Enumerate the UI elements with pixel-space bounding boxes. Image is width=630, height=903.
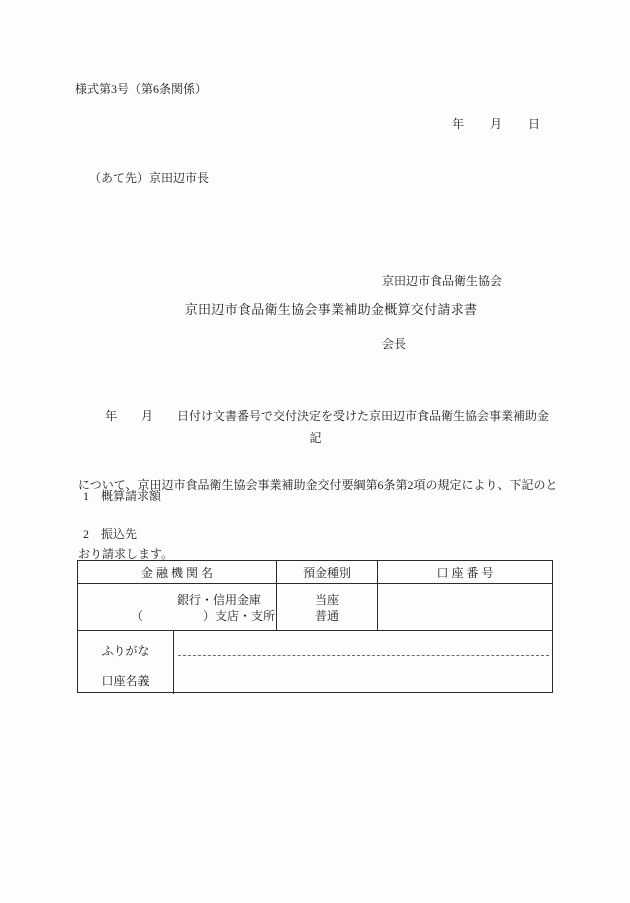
list-item-estimated-amount: 1 概算請求額 [83,489,161,503]
bank-account-table: 金 融 機 関 名 預金種別 口 座 番 号 銀行・信用金庫 （ ）支店・支所 … [77,560,553,693]
ki-marker: 記 [78,431,553,445]
list-item-transfer-destination: 2 振込先 [83,527,137,541]
table-header-row: 金 融 機 関 名 預金種別 口 座 番 号 [78,561,552,584]
body-line-1: 年 月 日付け文書番号で交付決定を受けた京田辺市食品衛生協会事業補助金 [78,405,558,428]
sender-organization: 京田辺市食品衛生協会 [382,271,502,292]
account-name-label-cell: ふりがな 口座名義 [78,631,174,694]
year-label: 年 [452,117,464,131]
header-account-number: 口 座 番 号 [378,561,552,583]
month-label: 月 [490,117,502,131]
furigana-dashed-divider [178,655,549,656]
sender-role: 会長 [382,334,502,355]
financial-institution-cell: 銀行・信用金庫 （ ）支店・支所 [78,584,277,630]
document-page: 様式第3号（第6条関係） 年 月 日 （あて先）京田辺市長 京田辺市食品衛生協会… [0,0,630,903]
bank-type-label: 銀行・信用金庫 [177,591,261,608]
deposit-option-current: 当座 [277,591,377,608]
document-title: 京田辺市食品衛生協会事業補助金概算交付請求書 [78,302,584,318]
branch-label: （ ）支店・支所 [131,607,275,624]
addressee: （あて先）京田辺市長 [89,171,209,185]
account-number-blank-cell [378,584,552,630]
form-number: 様式第3号（第6条関係） [75,82,207,96]
deposit-type-cell: 当座 普通 [277,584,378,630]
furigana-label: ふりがな [78,642,173,659]
header-deposit-type: 預金種別 [277,561,378,583]
table-bank-row: 銀行・信用金庫 （ ）支店・支所 当座 普通 [78,584,552,631]
account-holder-label: 口座名義 [78,672,173,689]
account-name-blank-cell [174,631,552,694]
header-financial-institution: 金 融 機 関 名 [78,561,277,583]
date-line: 年 月 日 [452,117,540,131]
table-account-name-row: ふりがな 口座名義 [78,631,552,694]
deposit-option-ordinary: 普通 [277,607,377,624]
day-label: 日 [528,117,540,131]
